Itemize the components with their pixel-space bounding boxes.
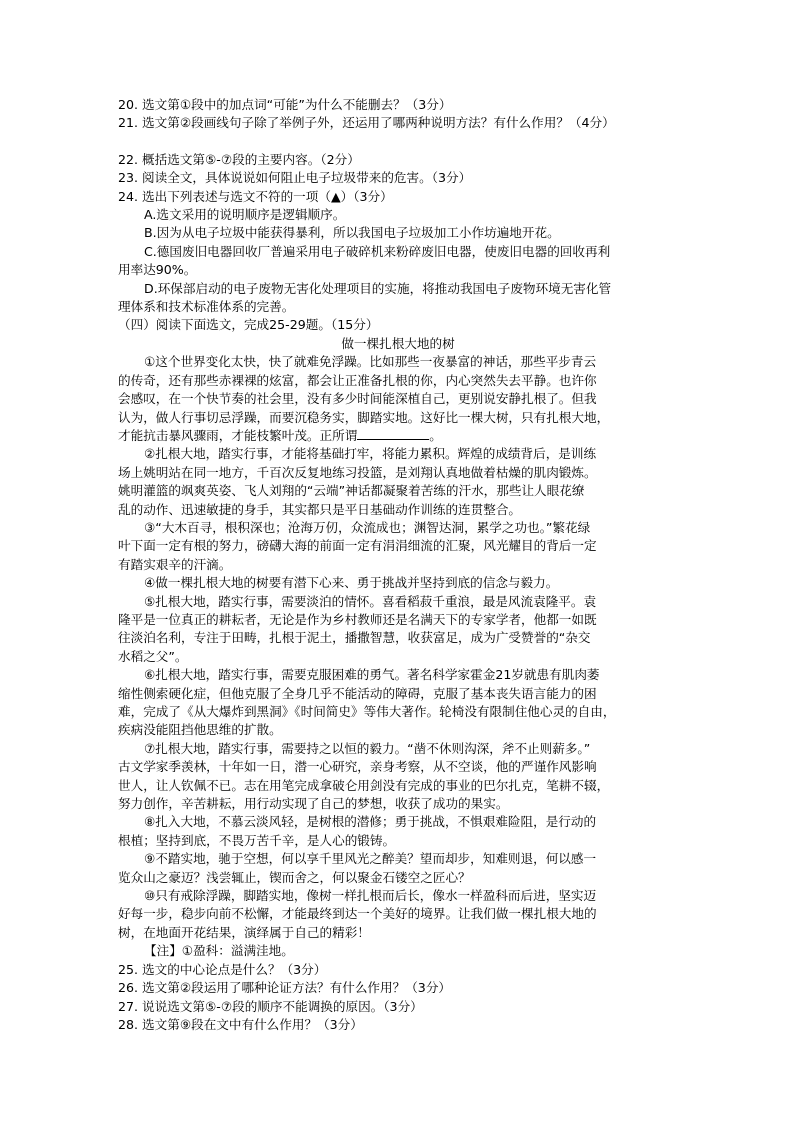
question-26: 26. 选文第②段运用了哪种论证方法？有什么作用？（3分） [118, 979, 678, 997]
paragraph-10: ⑩只有戒除浮躁，脚踏实地，像树一样扎根而后长，像水一样盈科而后进，坚实迈 好每一… [118, 887, 678, 942]
paragraph-7: ⑦扎根大地，踏实行事，需要持之以恒的毅力。“凿不休则沟深，斧不止则薪多。” 古文… [118, 740, 678, 814]
option-a: A.选文采用的说明顺序是逻辑顺序。 [118, 206, 678, 224]
paragraph-8: ⑧扎入大地，不慕云淡风轻，是树根的潜修；勇于挑战，不惧艰难险阻，是行动的 根植；… [118, 813, 678, 850]
option-c: C.德国废旧电器回收厂普遍采用电子破碎机来粉碎废旧电器，使废旧电器的回收再利 [118, 243, 678, 261]
question-24: 24. 选出下列表述与选文不符的一项（▲）（3分） [118, 188, 678, 206]
section-heading: （四）阅读下面选文，完成25-29题。（15分） [118, 316, 678, 334]
option-d-continued: 理体系和技术标准体系的完善。 [118, 298, 678, 316]
question-21: 21. 选文第②段画线句子除了举例子外，还运用了哪两种说明方法？有什么作用？（4… [118, 114, 678, 132]
question-22: 22. 概括选文第⑤-⑦段的主要内容。（2分） [118, 151, 678, 169]
paragraph-3: ③“大木百寻，根积深也；沧海万仞，众流成也；渊智达洞，累学之功也。”繁花绿 叶下… [118, 519, 678, 574]
question-25: 25. 选文的中心论点是什么？（3分） [118, 961, 678, 979]
paragraph-5: ⑤扎根大地，踏实行事，需要淡泊的情怀。喜看稻菽千重浪，最是风流袁隆平。袁 隆平是… [118, 593, 678, 667]
footnote: 【注】①盈科：溢满洼地。 [118, 942, 678, 960]
fill-blank [357, 427, 429, 440]
question-27: 27. 说说选文第⑤-⑦段的顺序不能调换的原因。（3分） [118, 998, 678, 1016]
option-d: D.环保部启动的电子废物无害化处理项目的实施，将推动我国电子废物环境无害化管 [118, 280, 678, 298]
article-title: 做一棵扎根大地的树 [118, 335, 678, 353]
question-23: 23. 阅读全文，具体说说如何阻止电子垃圾带来的危害。（3分） [118, 169, 678, 187]
paragraph-2: ②扎根大地，踏实行事，才能将基础打牢，将能力累积。辉煌的成绩背后，是训练 场上姚… [118, 445, 678, 519]
paragraph-9: ⑨不踏实地，驰于空想，何以享千里风光之醉美？望而却步，知难则退，何以感一 览众山… [118, 850, 678, 887]
paragraph-4: ④做一棵扎根大地的树要有潜下心来、勇于挑战并坚持到底的信念与毅力。 [118, 574, 678, 592]
question-20: 20. 选文第①段中的加点词“可能”为什么不能删去？（3分） [118, 96, 678, 114]
answer-space [118, 133, 678, 151]
question-28: 28. 选文第⑨段在文中有什么作用？（3分） [118, 1016, 678, 1034]
option-c-continued: 用率达90%。 [118, 261, 678, 279]
paragraph-1: ①这个世界变化太快，快了就难免浮躁。比如那些一夜暴富的神话，那些平步青云 的传奇… [118, 353, 678, 445]
exam-page: 20. 选文第①段中的加点词“可能”为什么不能删去？（3分） 21. 选文第②段… [118, 96, 678, 1034]
option-b: B.因为从电子垃圾中能获得暴利，所以我国电子垃圾加工小作坊遍地开花。 [118, 224, 678, 242]
paragraph-6: ⑥扎根大地，踏实行事，需要克服困难的勇气。著名科学家霍金21岁就患有肌肉萎 缩性… [118, 666, 678, 740]
